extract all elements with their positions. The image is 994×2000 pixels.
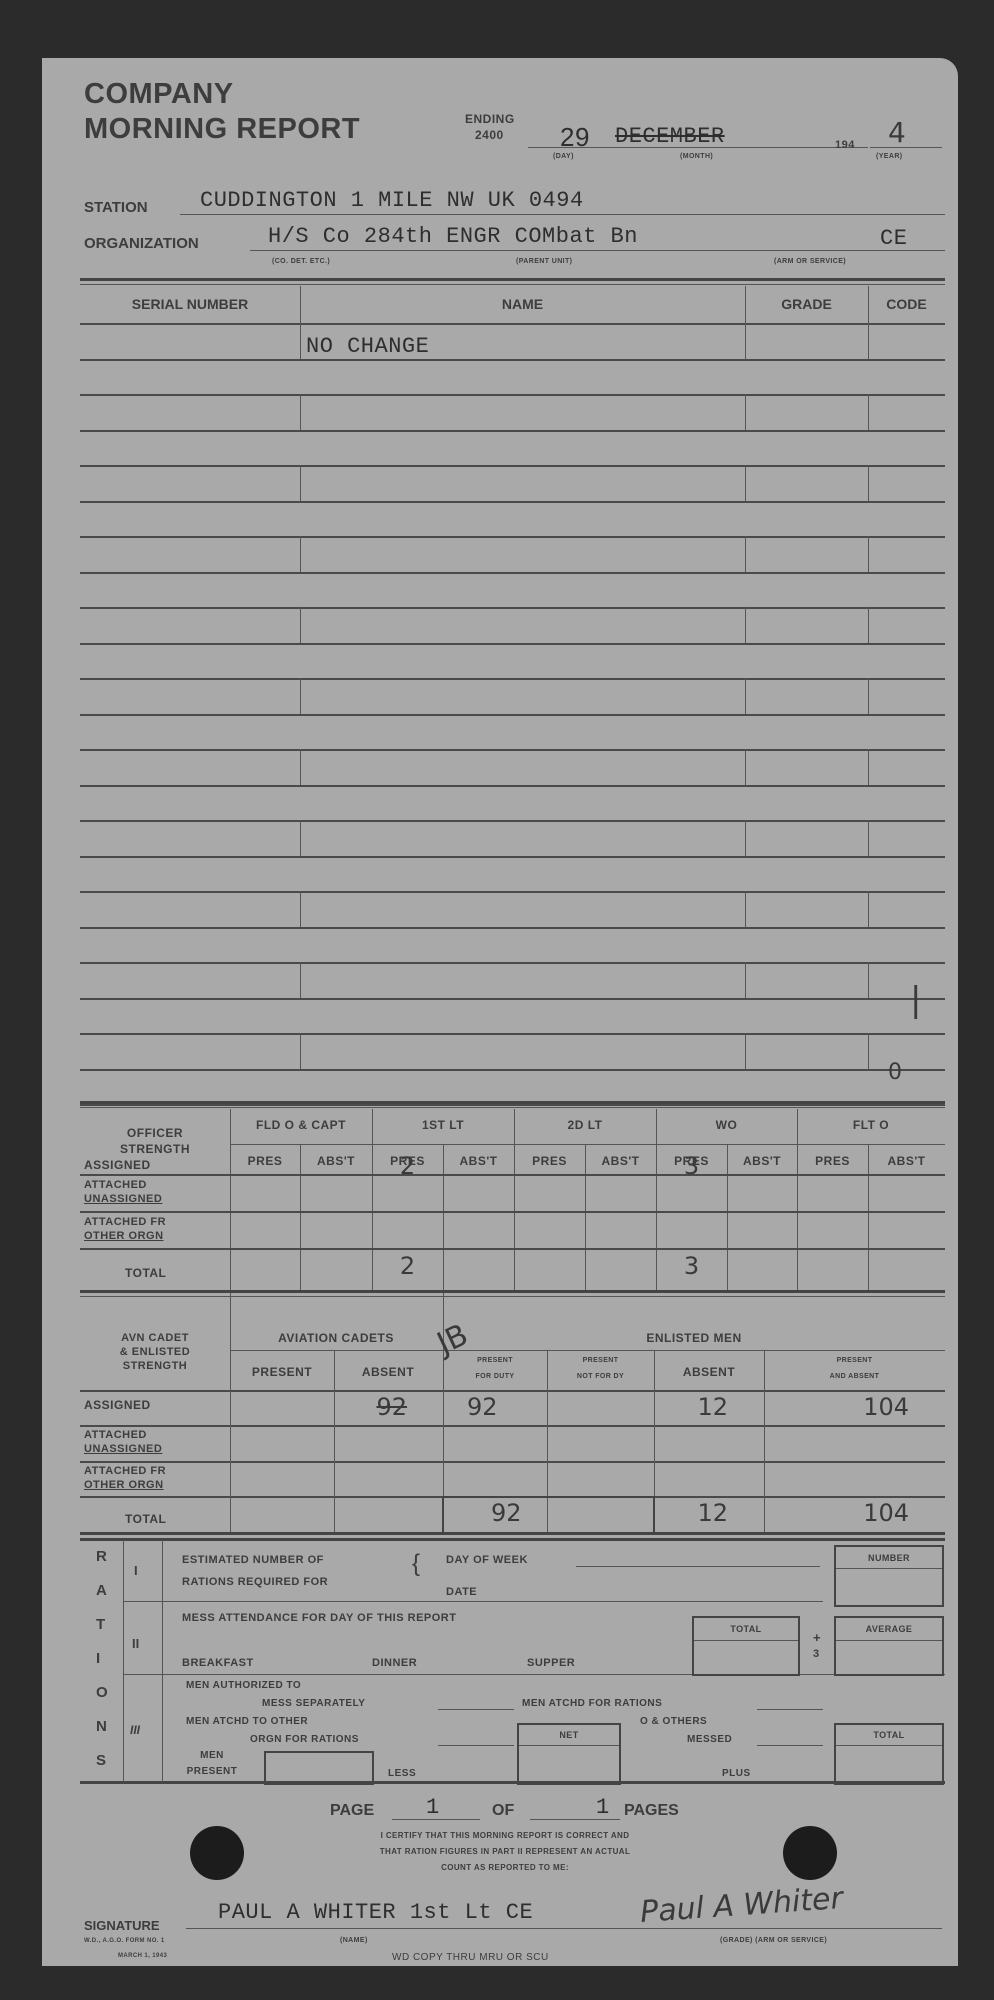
officer-group-divider <box>797 1109 798 1290</box>
auth-line2: MESS SEPARATELY <box>262 1698 365 1709</box>
certify-line3: COUNT AS REPORTED TO ME: <box>280 1863 730 1872</box>
officer-subheader-abst: ABS'T <box>727 1154 797 1168</box>
rations-bottom-rule <box>80 1781 945 1784</box>
rations-total-rule <box>836 1745 942 1746</box>
roster-header-serial: SERIAL NUMBER <box>80 296 300 312</box>
roster-column-divider <box>868 749 869 785</box>
of-label: OF <box>492 1802 514 1820</box>
officer-row-label: ATTACHED <box>84 1179 147 1191</box>
roster-column-divider <box>300 749 301 785</box>
officer-subheader-abst: ABS'T <box>868 1154 945 1168</box>
rations-side-letter: T <box>96 1616 105 1633</box>
enlisted-cell-pres-abs[interactable]: 104 <box>764 1393 927 1421</box>
enlisted-title-1: AVN CADET <box>80 1332 230 1344</box>
atchd-rations-field[interactable] <box>757 1709 823 1710</box>
pages-label: PAGES <box>624 1802 679 1820</box>
roster-header-name: NAME <box>300 296 745 312</box>
page-label: PAGE <box>330 1802 374 1820</box>
enlisted-row-label: ASSIGNED <box>84 1398 151 1412</box>
copy-note: WD COPY THRU MRU OR SCU <box>392 1952 549 1963</box>
divide-by: 3 <box>813 1648 819 1660</box>
ending-label: ENDING <box>465 112 515 126</box>
officer-sub-rule <box>230 1144 945 1145</box>
part-ii-title: MESS ATTENDANCE FOR DAY OF THIS REPORT <box>182 1612 456 1624</box>
col-em-absent: ABSENT <box>654 1365 764 1379</box>
roster-row[interactable] <box>80 1069 945 1104</box>
year-caption: (YEAR) <box>876 153 903 160</box>
roster-column-divider <box>745 323 746 359</box>
roster-column-divider <box>868 1033 869 1069</box>
roster-header-divider <box>868 286 869 323</box>
atchd-other-2: ORGN FOR RATIONS <box>250 1734 359 1745</box>
officer-subheader-pres: PRES <box>230 1154 300 1168</box>
caption-arm: (ARM OR SERVICE) <box>774 258 846 265</box>
col-present-duty-1: PRESENT <box>443 1357 547 1364</box>
col-cadet-absent: ABSENT <box>334 1365 442 1379</box>
part-i-numeral: I <box>134 1563 138 1578</box>
roster-column-divider <box>300 962 301 998</box>
auth-line1: MEN AUTHORIZED TO <box>186 1680 301 1691</box>
report-day: 29 <box>560 122 590 153</box>
enlisted-row-label: UNASSIGNED <box>84 1443 162 1455</box>
dinner-label: DINNER <box>372 1657 417 1669</box>
enlisted-group-divider <box>230 1293 231 1532</box>
enlisted-row-rule <box>80 1425 945 1427</box>
form-date: MARCH 1, 1943 <box>118 1953 167 1959</box>
organization-value: H/S Co 284th ENGR COMbat Bn <box>268 224 638 249</box>
others-2: MESSED <box>687 1734 732 1745</box>
roster-row[interactable] <box>80 536 945 572</box>
rations-side-letter: I <box>96 1650 100 1667</box>
month-caption: (MONTH) <box>680 153 713 160</box>
roster-row[interactable] <box>80 430 945 465</box>
roster-row[interactable] <box>80 501 945 536</box>
men-present-2: PRESENT <box>162 1766 262 1777</box>
mess-total-label: TOTAL <box>694 1624 798 1634</box>
roster-top-rule-2 <box>80 284 945 285</box>
station-label: STATION <box>84 199 148 216</box>
certify-line1: I CERTIFY THAT THIS MORNING REPORT IS CO… <box>280 1831 730 1840</box>
mess-separately-field[interactable] <box>438 1709 514 1710</box>
rations-side-letter: S <box>96 1752 106 1769</box>
organization-underline <box>250 250 945 251</box>
officer-row-rule <box>80 1211 945 1213</box>
form-title-line1: COMPANY <box>84 78 234 111</box>
officer-subheader-pres: PRES <box>797 1154 868 1168</box>
roster-column-divider <box>868 536 869 572</box>
others-field[interactable] <box>757 1745 823 1746</box>
roster-column-divider <box>868 465 869 501</box>
margin-mark-1: | <box>910 980 921 1020</box>
men-present-box[interactable] <box>264 1751 374 1785</box>
station-value: CUDDINGTON 1 MILE NW UK 0494 <box>200 188 584 213</box>
less-label: LESS <box>388 1768 416 1779</box>
roster-column-divider <box>745 465 746 501</box>
rations-top-rule <box>80 1538 945 1541</box>
roster-column-divider <box>868 678 869 714</box>
day-caption: (DAY) <box>553 153 574 160</box>
roster-column-divider <box>745 820 746 856</box>
roster-column-divider <box>745 394 746 430</box>
enlisted-cell-present-duty[interactable]: 92 <box>443 1393 547 1421</box>
enlisted-title-2: & ENLISTED <box>80 1346 230 1358</box>
rations-total-label: TOTAL <box>836 1730 942 1740</box>
ending-time: 2400 <box>475 128 504 142</box>
enlisted-title-3: STRENGTH <box>80 1360 230 1372</box>
binder-hole-left <box>190 1826 244 1880</box>
roster-row[interactable] <box>80 714 945 749</box>
part-i-line2: RATIONS REQUIRED FOR <box>182 1576 328 1588</box>
rations-side-divider <box>123 1540 124 1782</box>
divide-plus: + <box>813 1630 821 1645</box>
group-aviation-cadets: AVIATION CADETS <box>230 1331 442 1345</box>
roster-column-divider <box>868 323 869 359</box>
roster-column-divider <box>300 1033 301 1069</box>
roster-column-divider <box>300 394 301 430</box>
roster-column-divider <box>745 962 746 998</box>
roster-row[interactable] <box>80 998 945 1033</box>
group-enlisted-men: ENLISTED MEN <box>443 1331 945 1345</box>
year-underline <box>870 147 942 148</box>
officer-group-header: FLT O <box>797 1118 945 1132</box>
roster-row[interactable] <box>80 323 945 359</box>
roster-column-divider <box>745 607 746 643</box>
roster-column-divider <box>745 891 746 927</box>
roster-top-rule <box>80 278 945 281</box>
enlisted-row-rule <box>80 1390 945 1392</box>
col-pres-abs-1: PRESENT <box>764 1357 945 1364</box>
officer-group-header: 1ST LT <box>372 1118 514 1132</box>
signature-label: SIGNATURE <box>84 1918 160 1933</box>
page-number: 1 <box>426 1795 440 1820</box>
roster-row[interactable] <box>80 607 945 643</box>
officer-subheader-abst: ABS'T <box>585 1154 656 1168</box>
rations-side-letter: O <box>96 1684 108 1701</box>
col-present-not-1: PRESENT <box>547 1357 654 1364</box>
enlisted-cell-pres-abs[interactable]: 104 <box>764 1499 927 1527</box>
enlisted-row-label: ATTACHED <box>84 1429 147 1441</box>
grade-caption: (GRADE) (ARM OR SERVICE) <box>720 1937 827 1944</box>
average-label: AVERAGE <box>836 1624 942 1634</box>
officer-group-divider <box>230 1109 231 1290</box>
organization-label: ORGANIZATION <box>84 235 199 252</box>
col-pres-abs-2: AND ABSENT <box>764 1373 945 1380</box>
roster-row-rule <box>80 1104 945 1106</box>
officer-row-rule <box>80 1174 945 1176</box>
roster-column-divider <box>868 820 869 856</box>
signature-line <box>186 1928 942 1929</box>
caption-co: (CO. DET. ETC.) <box>272 258 330 265</box>
roster-column-divider <box>745 1033 746 1069</box>
officer-cell[interactable]: 3 <box>656 1152 727 1180</box>
signature-typed-name: PAUL A WHITER 1st Lt CE <box>218 1900 533 1925</box>
col-cadet-present: PRESENT <box>230 1365 334 1379</box>
roster-row[interactable] <box>80 678 945 714</box>
roster-column-divider <box>300 820 301 856</box>
roster-row[interactable] <box>80 785 945 820</box>
officer-subheader-pres: PRES <box>514 1154 585 1168</box>
officer-top-rule-2 <box>80 1107 945 1108</box>
breakfast-label: BREAKFAST <box>182 1657 254 1669</box>
roster-column-divider <box>868 962 869 998</box>
roster-row[interactable] <box>80 749 945 785</box>
roster-header-divider <box>745 286 746 323</box>
roster-row[interactable] <box>80 891 945 927</box>
roster-row[interactable] <box>80 465 945 501</box>
officer-row-label: ATTACHED FR <box>84 1216 166 1228</box>
year-prefix: 194 <box>835 139 855 151</box>
rations-part-i-rule <box>123 1601 823 1602</box>
supper-label: SUPPER <box>527 1657 575 1669</box>
officer-cell[interactable]: 2 <box>372 1252 443 1280</box>
roster-column-divider <box>300 891 301 927</box>
enlisted-cell-absent[interactable]: 12 <box>654 1393 746 1421</box>
form-title-line2: MORNING REPORT <box>84 113 360 146</box>
net-label: NET <box>519 1730 619 1740</box>
roster-row[interactable] <box>80 927 945 962</box>
roster-column-divider <box>745 678 746 714</box>
form-number: W.D., A.G.O. FORM NO. 1 <box>84 1938 165 1944</box>
officer-group-header: 2D LT <box>514 1118 656 1132</box>
part-ii-numeral: II <box>132 1636 139 1651</box>
enlisted-row-label: TOTAL <box>125 1512 166 1526</box>
officer-title-1: OFFICER <box>80 1126 230 1140</box>
roster-header-grade: GRADE <box>745 296 868 312</box>
number-box-rule <box>836 1568 942 1569</box>
brace-icon: { <box>412 1550 420 1578</box>
enlisted-row-label: OTHER ORGN <box>84 1479 164 1491</box>
officer-top-rule <box>80 1101 945 1104</box>
rations-numeral-divider <box>162 1540 163 1782</box>
enlisted-row-rule <box>80 1461 945 1463</box>
part-iii-numeral: III <box>130 1723 140 1737</box>
officer-cell[interactable]: 3 <box>656 1252 727 1280</box>
part-i-line1: ESTIMATED NUMBER OF <box>182 1554 324 1566</box>
officer-row-label: OTHER ORGN <box>84 1230 164 1242</box>
rations-side-letter: R <box>96 1548 107 1565</box>
roster-row[interactable] <box>80 643 945 678</box>
binder-hole-right <box>783 1826 837 1880</box>
enlisted-row-label: ATTACHED FR <box>84 1465 166 1477</box>
day-of-week-field[interactable] <box>576 1566 820 1567</box>
officer-row-label: UNASSIGNED <box>84 1193 162 1205</box>
roster-row[interactable] <box>80 962 945 998</box>
page-total: 1 <box>596 1795 610 1820</box>
roster-row[interactable] <box>80 572 945 607</box>
atchd-rations-label: MEN ATCHD FOR RATIONS <box>522 1698 662 1709</box>
officer-group-header: WO <box>656 1118 797 1132</box>
net-rule <box>519 1745 619 1746</box>
roster-column-divider <box>745 536 746 572</box>
roster-header-code: CODE <box>868 296 945 312</box>
roster-column-divider <box>868 891 869 927</box>
report-month: DECEMBER <box>615 124 725 149</box>
officer-title-2: STRENGTH <box>80 1142 230 1156</box>
roster-header-divider <box>300 286 301 323</box>
officer-group-header: FLD O & CAPT <box>230 1118 372 1132</box>
roster-row[interactable] <box>80 856 945 891</box>
roster-column-divider <box>745 749 746 785</box>
roster-row[interactable] <box>80 394 945 430</box>
roster-row[interactable] <box>80 359 945 394</box>
rations-side-letter: A <box>96 1582 107 1599</box>
men-present-1: MEN <box>162 1750 262 1761</box>
enlisted-sub-rule <box>230 1350 945 1351</box>
roster-column-divider <box>868 607 869 643</box>
col-present-duty-2: FOR DUTY <box>443 1373 547 1380</box>
atchd-other-field[interactable] <box>438 1745 514 1746</box>
roster-entry-name: NO CHANGE <box>306 334 429 359</box>
enlisted-cell-cadet-absent[interactable]: 92 <box>334 1393 425 1421</box>
caption-parent: (PARENT UNIT) <box>516 258 572 265</box>
date-label: DATE <box>446 1586 477 1598</box>
station-underline <box>180 214 945 215</box>
enlisted-cell-absent[interactable]: 12 <box>654 1499 746 1527</box>
roster-column-divider <box>300 536 301 572</box>
others-1: O & OTHERS <box>640 1716 707 1727</box>
rations-side-letter: N <box>96 1718 107 1735</box>
officer-row-label: ASSIGNED <box>84 1158 151 1172</box>
officer-subheader-abst: ABS'T <box>300 1154 372 1168</box>
roster-column-divider <box>868 394 869 430</box>
roster-row[interactable] <box>80 1033 945 1069</box>
name-caption: (NAME) <box>340 1937 368 1944</box>
officer-row-label: TOTAL <box>125 1266 166 1280</box>
roster-column-divider <box>300 465 301 501</box>
roster-row[interactable] <box>80 820 945 856</box>
plus-label: PLUS <box>722 1768 751 1779</box>
roster-column-divider <box>300 678 301 714</box>
rations-part-ii-rule <box>123 1674 945 1675</box>
col-present-not-2: NOT FOR DY <box>547 1373 654 1380</box>
margin-mark-2: 0 <box>888 1060 902 1085</box>
number-box-label: NUMBER <box>836 1553 942 1563</box>
enlisted-top-rule <box>80 1296 945 1297</box>
mess-total-rule <box>694 1640 798 1641</box>
officer-group-divider <box>514 1109 515 1290</box>
roster-column-divider <box>300 323 301 359</box>
report-year: 4 <box>888 116 906 149</box>
officer-cell[interactable]: 2 <box>372 1152 443 1180</box>
enlisted-cell-present-duty[interactable]: 92 <box>443 1499 547 1527</box>
officer-row-rule <box>80 1290 945 1293</box>
day-of-week-label: DAY OF WEEK <box>446 1554 528 1566</box>
atchd-other-1: MEN ATCHD TO OTHER <box>186 1716 308 1727</box>
average-rule <box>836 1640 942 1641</box>
arm-service-value: CE <box>880 226 907 251</box>
officer-row-rule <box>80 1248 945 1250</box>
certify-line2: THAT RATION FIGURES IN PART II REPRESENT… <box>280 1847 730 1856</box>
roster-column-divider <box>300 607 301 643</box>
officer-subheader-abst: ABS'T <box>443 1154 514 1168</box>
